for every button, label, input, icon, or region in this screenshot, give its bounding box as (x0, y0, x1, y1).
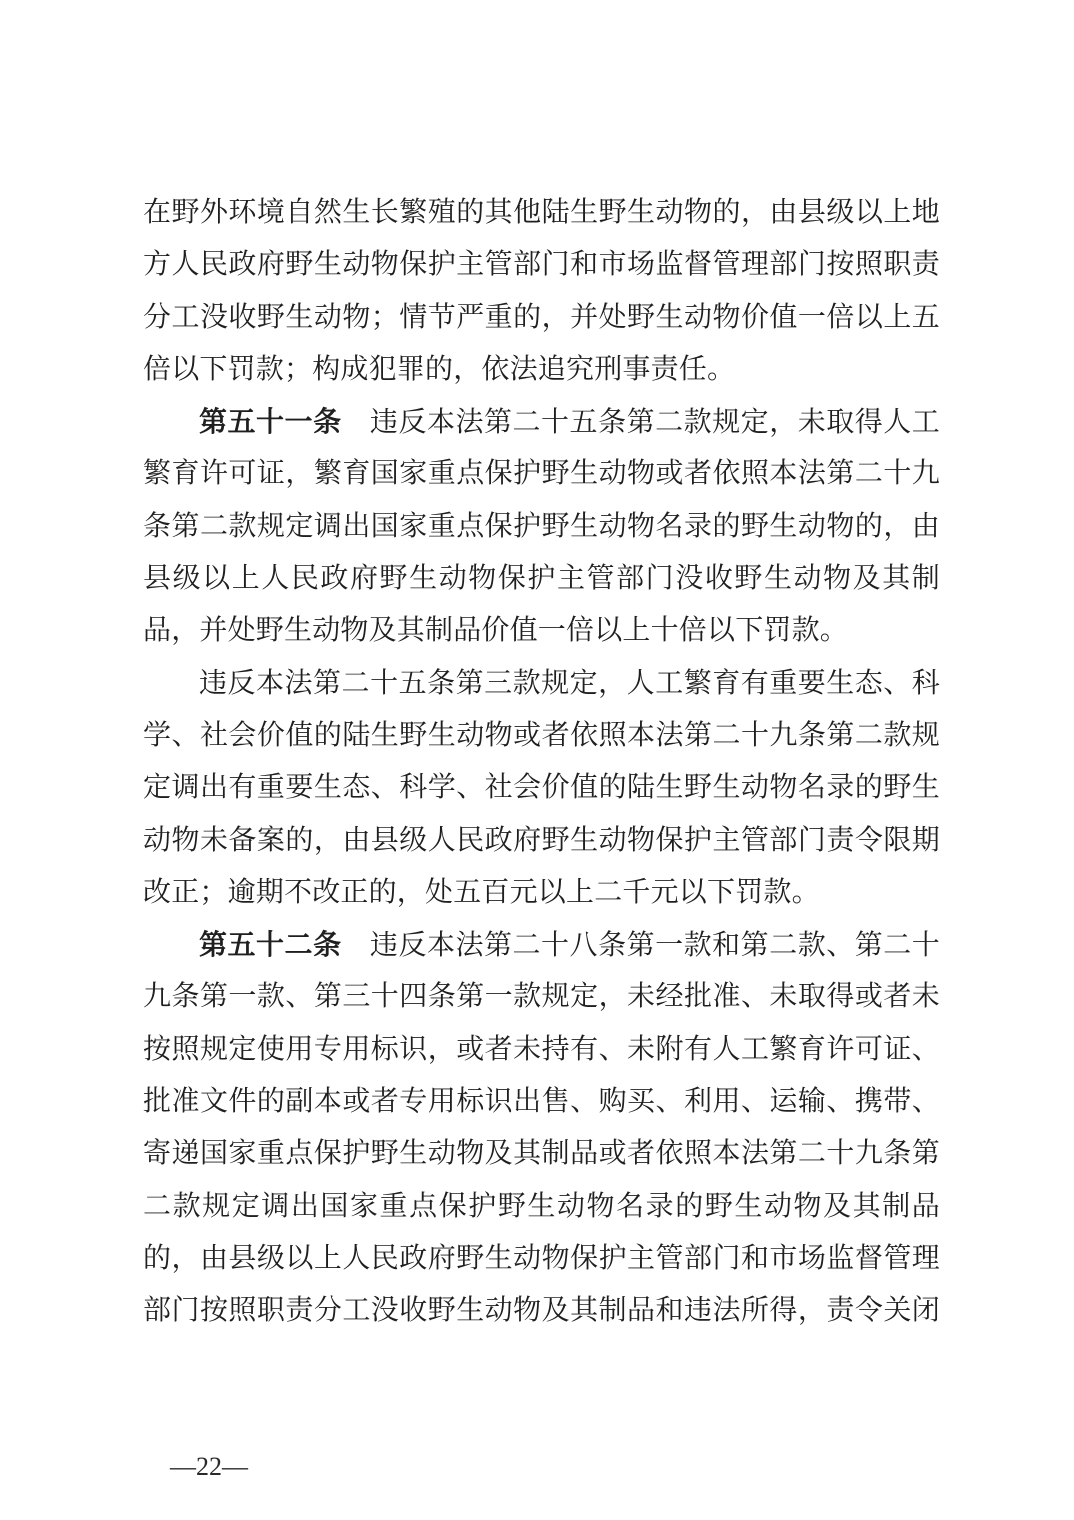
line-text: 违反本法第二十八条第一款和第二款、第二十 (370, 930, 940, 961)
line-text: 违反本法第二十五条第三款规定，人工繁育有重要生态、科 (199, 668, 940, 699)
line-text: 改正；逾期不改正的，处五百元以上二千元以下罚款。 (143, 877, 820, 908)
text-line: 寄递国家重点保护野生动物及其制品或者依照本法第二十九条第 (143, 1128, 940, 1180)
text-line: 倍以下罚款；构成犯罪的，依法追究刑事责任。 (143, 344, 940, 396)
text-line: 条第二款规定调出国家重点保护野生动物名录的野生动物的，由 (143, 501, 940, 553)
text-line: 在野外环境自然生长繁殖的其他陆生野生动物的，由县级以上地 (143, 187, 940, 239)
page-number: —22— (170, 1452, 248, 1481)
line-text: 动物未备案的，由县级人民政府野生动物保护主管部门责令限期 (143, 825, 940, 856)
line-text: 九条第一款、第三十四条第一款规定，未经批准、未取得或者未 (143, 981, 940, 1012)
text-line: 品，并处野生动物及其制品价值一倍以上十倍以下罚款。 (143, 605, 940, 657)
paragraph: 违反本法第二十五条第三款规定，人工繁育有重要生态、科学、社会价值的陆生野生动物或… (143, 658, 940, 919)
text-line: 分工没收野生动物；情节严重的，并处野生动物价值一倍以上五 (143, 292, 940, 344)
text-line: 第五十一条违反本法第二十五条第二款规定，未取得人工 (143, 396, 940, 448)
document-body: 在野外环境自然生长繁殖的其他陆生野生动物的，由县级以上地方人民政府野生动物保护主… (143, 187, 940, 1338)
text-line: 定调出有重要生态、科学、社会价值的陆生野生动物名录的野生 (143, 762, 940, 814)
line-text: 倍以下罚款；构成犯罪的，依法追究刑事责任。 (143, 354, 735, 385)
text-line: 方人民政府野生动物保护主管部门和市场监督管理部门按照职责 (143, 239, 940, 291)
text-line: 按照规定使用专用标识，或者未持有、未附有人工繁育许可证、 (143, 1024, 940, 1076)
document-page: 在野外环境自然生长繁殖的其他陆生野生动物的，由县级以上地方人民政府野生动物保护主… (0, 0, 1074, 1520)
text-line: 繁育许可证，繁育国家重点保护野生动物或者依照本法第二十九 (143, 448, 940, 500)
line-text: 按照规定使用专用标识，或者未持有、未附有人工繁育许可证、 (143, 1034, 940, 1065)
text-line: 批准文件的副本或者专用标识出售、购买、利用、运输、携带、 (143, 1076, 940, 1128)
text-line: 改正；逾期不改正的，处五百元以上二千元以下罚款。 (143, 867, 940, 919)
text-line: 九条第一款、第三十四条第一款规定，未经批准、未取得或者未 (143, 971, 940, 1023)
line-text: 违反本法第二十五条第二款规定，未取得人工 (370, 407, 940, 438)
line-text: 繁育许可证，繁育国家重点保护野生动物或者依照本法第二十九 (143, 458, 940, 489)
text-line: 学、社会价值的陆生野生动物或者依照本法第二十九条第二款规 (143, 710, 940, 762)
text-line: 部门按照职责分工没收野生动物及其制品和违法所得，责令关闭 (143, 1285, 940, 1337)
paragraph: 第五十一条违反本法第二十五条第二款规定，未取得人工繁育许可证，繁育国家重点保护野… (143, 396, 940, 657)
text-line: 二款规定调出国家重点保护野生动物名录的野生动物及其制品 (143, 1181, 940, 1233)
line-text: 品，并处野生动物及其制品价值一倍以上十倍以下罚款。 (143, 615, 848, 646)
line-text: 寄递国家重点保护野生动物及其制品或者依照本法第二十九条第 (143, 1138, 940, 1169)
article-heading: 第五十二条 (199, 929, 342, 960)
page-footer: —22— (170, 1451, 248, 1483)
line-text: 的，由县级以上人民政府野生动物保护主管部门和市场监督管理 (143, 1243, 940, 1274)
line-text: 条第二款规定调出国家重点保护野生动物名录的野生动物的，由 (143, 511, 940, 542)
article-heading: 第五十一条 (199, 406, 342, 437)
line-text: 部门按照职责分工没收野生动物及其制品和违法所得，责令关闭 (143, 1295, 940, 1326)
text-line: 县级以上人民政府野生动物保护主管部门没收野生动物及其制 (143, 553, 940, 605)
paragraph: 在野外环境自然生长繁殖的其他陆生野生动物的，由县级以上地方人民政府野生动物保护主… (143, 187, 940, 396)
paragraph: 第五十二条违反本法第二十八条第一款和第二款、第二十九条第一款、第三十四条第一款规… (143, 919, 940, 1337)
line-text: 分工没收野生动物；情节严重的，并处野生动物价值一倍以上五 (143, 302, 940, 333)
text-line: 动物未备案的，由县级人民政府野生动物保护主管部门责令限期 (143, 815, 940, 867)
line-text: 定调出有重要生态、科学、社会价值的陆生野生动物名录的野生 (143, 772, 940, 803)
text-line: 第五十二条违反本法第二十八条第一款和第二款、第二十 (143, 919, 940, 971)
line-text: 方人民政府野生动物保护主管部门和市场监督管理部门按照职责 (143, 249, 940, 280)
text-line: 违反本法第二十五条第三款规定，人工繁育有重要生态、科 (143, 658, 940, 710)
line-text: 在野外环境自然生长繁殖的其他陆生野生动物的，由县级以上地 (143, 197, 940, 228)
text-line: 的，由县级以上人民政府野生动物保护主管部门和市场监督管理 (143, 1233, 940, 1285)
line-text: 批准文件的副本或者专用标识出售、购买、利用、运输、携带、 (143, 1086, 940, 1117)
line-text: 县级以上人民政府野生动物保护主管部门没收野生动物及其制 (143, 563, 940, 594)
line-text: 二款规定调出国家重点保护野生动物名录的野生动物及其制品 (143, 1191, 940, 1222)
line-text: 学、社会价值的陆生野生动物或者依照本法第二十九条第二款规 (143, 720, 940, 751)
